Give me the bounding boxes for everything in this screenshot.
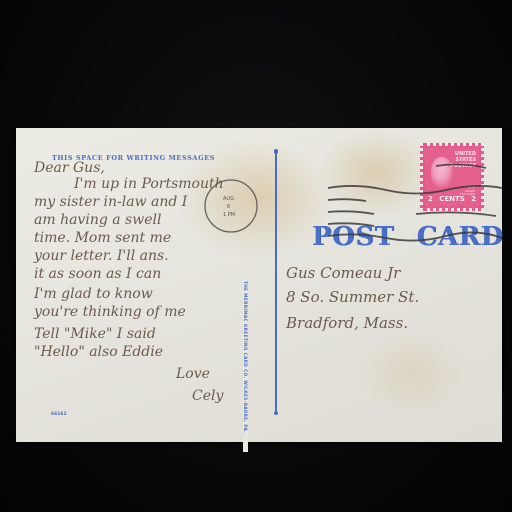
postcard: THIS SPACE FOR WRITING MESSAGES THE MERR… (16, 128, 502, 442)
postmark-time: 1 PM (223, 212, 235, 218)
postmark-day: 6 (227, 204, 230, 210)
postmark-month: AUG (223, 196, 234, 202)
